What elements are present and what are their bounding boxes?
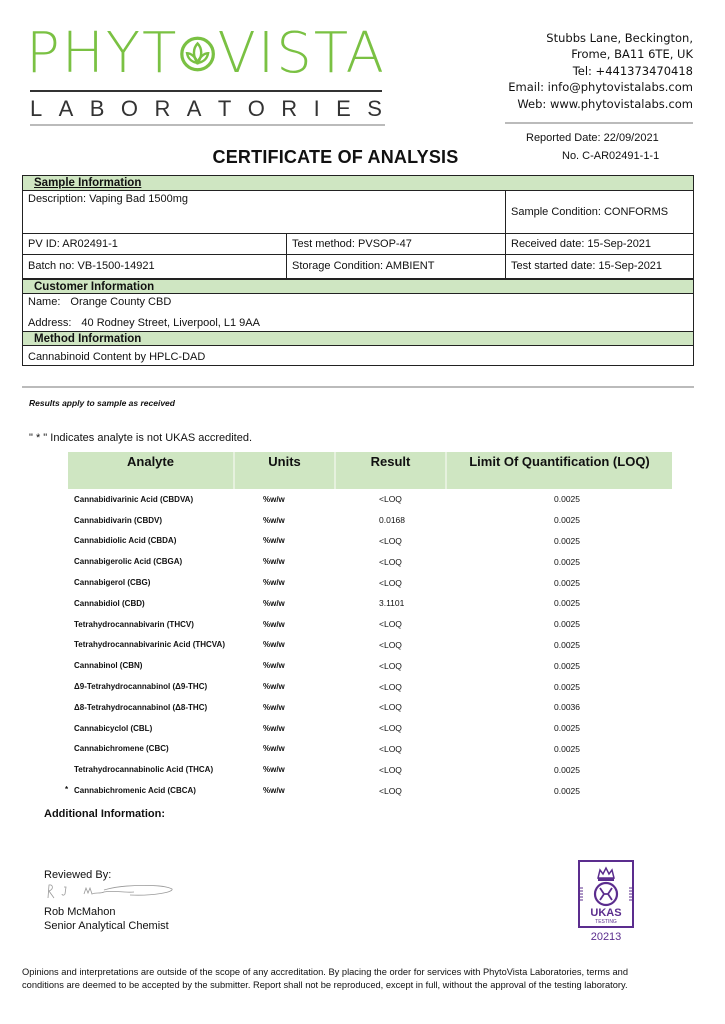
analyte-units: %w/w (234, 780, 335, 801)
analyte-label: Tetrahydrocannabivarinic Acid (THCVA) (74, 640, 225, 649)
logo-subtitle-letter: L (30, 96, 42, 122)
sample-condition: Sample Condition: CONFORMS (506, 191, 693, 233)
customer-address: 40 Rodney Street, Liverpool, L1 9AA (81, 317, 260, 329)
reviewer-name: Rob McMahon (44, 906, 116, 918)
address-line: Email: info@phytovistalabs.com (508, 79, 693, 95)
signature-icon (44, 880, 176, 904)
method-description: Cannabinoid Content by HPLC-DAD (23, 346, 693, 365)
analyte-name: Tetrahydrocannabivarin (THCV) (68, 614, 234, 635)
pv-id: PV ID: AR02491-1 (23, 234, 287, 254)
analyte-result: <LOQ (335, 614, 446, 635)
analyte-name: Cannabigerol (CBG) (68, 572, 234, 593)
analyte-result: 0.0168 (335, 510, 446, 531)
page-title: CERTIFICATE OF ANALYSIS (0, 147, 725, 168)
ukas-crown-icon: UKAS TESTING 20213 (578, 860, 634, 944)
logo-subtitle-letter: I (314, 96, 320, 122)
table-row: Cannabichromene (CBC)%w/w<LOQ0.0025 (68, 739, 672, 760)
header-analyte: Analyte (68, 452, 234, 489)
address-divider (505, 122, 693, 124)
received-date: Received date: 15-Sep-2021 (506, 234, 693, 254)
analyte-loq: 0.0025 (446, 759, 672, 780)
info-box: Sample Information Description: Vaping B… (22, 175, 694, 366)
address-line: Frome, BA11 6TE, UK (508, 46, 693, 62)
method-info-heading: Method Information (23, 331, 693, 346)
analyte-units: %w/w (234, 739, 335, 760)
analyte-name: Cannabigerolic Acid (CBGA) (68, 551, 234, 572)
table-row: Tetrahydrocannabinolic Acid (THCA)%w/w<L… (68, 759, 672, 780)
analyte-label: Cannabichromenic Acid (CBCA) (74, 786, 196, 795)
analyte-units: %w/w (234, 489, 335, 510)
logo-subtitle-letter: A (187, 96, 202, 122)
logo-subtitle: LABORATORIES (30, 96, 382, 122)
logo-text-right: VISTA (217, 24, 386, 84)
reported-date: Reported Date: 22/09/2021 (526, 132, 659, 144)
analyte-units: %w/w (234, 510, 335, 531)
ukas-note: " * " Indicates analyte is not UKAS accr… (29, 432, 252, 444)
additional-info-label: Additional Information: (44, 808, 165, 820)
logo-text-left: PHYT (26, 24, 178, 84)
analyte-loq: 0.0025 (446, 614, 672, 635)
logo-wordmark: PHYT VISTA (26, 22, 386, 86)
sample-info-heading: Sample Information (23, 176, 693, 191)
analyte-label: Cannabidivarin (CBDV) (74, 516, 162, 525)
customer-info-body: Name:Orange County CBD Address:40 Rodney… (23, 294, 693, 331)
sample-batch-row: Batch no: VB-1500-14921 Storage Conditio… (23, 255, 693, 279)
analyte-result: <LOQ (335, 718, 446, 739)
analyte-loq: 0.0025 (446, 676, 672, 697)
table-row: Cannabigerolic Acid (CBGA)%w/w<LOQ0.0025 (68, 551, 672, 572)
analyte-result: <LOQ (335, 780, 446, 801)
analyte-label: Δ9-Tetrahydrocannabinol (Δ9-THC) (74, 682, 207, 691)
address-line: Stubbs Lane, Beckington, (508, 30, 693, 46)
customer-info-heading: Customer Information (23, 279, 693, 294)
table-row: *Cannabichromenic Acid (CBCA)%w/w<LOQ0.0… (68, 780, 672, 801)
analyte-name: Cannabidivarinic Acid (CBDVA) (68, 489, 234, 510)
analyte-result: 3.1101 (335, 593, 446, 614)
address-line: Web: www.phytovistalabs.com (508, 96, 693, 112)
svg-text:TESTING: TESTING (595, 919, 617, 925)
analyte-result: <LOQ (335, 635, 446, 656)
logo-divider (30, 90, 382, 92)
analyte-name: Δ8-Tetrahydrocannabinol (Δ8-THC) (68, 697, 234, 718)
table-row: Cannabinol (CBN)%w/w<LOQ0.0025 (68, 655, 672, 676)
analyte-name: *Cannabichromenic Acid (CBCA) (68, 780, 234, 801)
logo-subtitle-letter: B (90, 96, 105, 122)
analyte-result: <LOQ (335, 676, 446, 697)
leaf-o-icon (179, 31, 216, 77)
analyte-result: <LOQ (335, 759, 446, 780)
analyte-loq: 0.0025 (446, 510, 672, 531)
table-row: Cannabigerol (CBG)%w/w<LOQ0.0025 (68, 572, 672, 593)
table-row: Cannabidiolic Acid (CBDA)%w/w<LOQ0.0025 (68, 531, 672, 552)
analyte-units: %w/w (234, 759, 335, 780)
analyte-result: <LOQ (335, 489, 446, 510)
logo-subtitle-letter: O (248, 96, 265, 122)
analyte-units: %w/w (234, 718, 335, 739)
analyte-label: Tetrahydrocannabinolic Acid (THCA) (74, 765, 213, 774)
analyte-label: Cannabigerolic Acid (CBGA) (74, 557, 182, 566)
table-row: Cannabicyclol (CBL)%w/w<LOQ0.0025 (68, 718, 672, 739)
analyte-units: %w/w (234, 655, 335, 676)
results-header-row: Analyte Units Result Limit Of Quantifica… (68, 452, 672, 489)
analyte-loq: 0.0025 (446, 718, 672, 739)
analyte-result: <LOQ (335, 531, 446, 552)
customer-name-label: Name: (28, 296, 60, 308)
analyte-name: Cannabinol (CBN) (68, 655, 234, 676)
analyte-label: Tetrahydrocannabivarin (THCV) (74, 620, 194, 629)
analyte-loq: 0.0025 (446, 551, 672, 572)
logo-subtitle-letter: O (121, 96, 138, 122)
header-result: Result (335, 452, 446, 489)
analyte-units: %w/w (234, 614, 335, 635)
header-units: Units (234, 452, 335, 489)
analyte-label: Cannabidiolic Acid (CBDA) (74, 536, 176, 545)
analyte-name: Cannabicyclol (CBL) (68, 718, 234, 739)
analyte-units: %w/w (234, 697, 335, 718)
customer-name: Orange County CBD (70, 296, 171, 308)
analyte-loq: 0.0025 (446, 489, 672, 510)
table-row: Cannabidiol (CBD)%w/w3.11010.0025 (68, 593, 672, 614)
analyte-result: <LOQ (335, 697, 446, 718)
batch-no: Batch no: VB-1500-14921 (23, 255, 287, 278)
analyte-loq: 0.0025 (446, 572, 672, 593)
table-row: Cannabidivarin (CBDV)%w/w0.01680.0025 (68, 510, 672, 531)
analyte-loq: 0.0036 (446, 697, 672, 718)
analyte-label: Cannabichromene (CBC) (74, 744, 169, 753)
analyte-label: Cannabinol (CBN) (74, 661, 142, 670)
company-logo: PHYT VISTA LABORATORIES (26, 22, 386, 86)
analyte-loq: 0.0025 (446, 655, 672, 676)
sample-description-row: Description: Vaping Bad 1500mg Sample Co… (23, 191, 693, 234)
analyte-name: Δ9-Tetrahydrocannabinol (Δ9-THC) (68, 676, 234, 697)
table-row: Δ9-Tetrahydrocannabinol (Δ9-THC)%w/w<LOQ… (68, 676, 672, 697)
analyte-name: Tetrahydrocannabinolic Acid (THCA) (68, 759, 234, 780)
analyte-label: Cannabidiol (CBD) (74, 599, 145, 608)
analyte-name: Cannabichromene (CBC) (68, 739, 234, 760)
logo-subtitle-letter: T (218, 96, 231, 122)
svg-text:UKAS: UKAS (590, 907, 621, 919)
analyte-result: <LOQ (335, 739, 446, 760)
analyte-loq: 0.0025 (446, 739, 672, 760)
section-divider (22, 386, 694, 388)
analyte-name: Tetrahydrocannabivarinic Acid (THCVA) (68, 635, 234, 656)
analyte-loq: 0.0025 (446, 780, 672, 801)
table-row: Cannabidivarinic Acid (CBDVA)%w/w<LOQ0.0… (68, 489, 672, 510)
sample-id-row: PV ID: AR02491-1 Test method: PVSOP-47 R… (23, 234, 693, 255)
analyte-loq: 0.0025 (446, 593, 672, 614)
table-row: Tetrahydrocannabivarin (THCV)%w/w<LOQ0.0… (68, 614, 672, 635)
analyte-loq: 0.0025 (446, 635, 672, 656)
not-accredited-marker: * (65, 785, 68, 794)
analyte-name: Cannabidivarin (CBDV) (68, 510, 234, 531)
analyte-units: %w/w (234, 572, 335, 593)
analyte-result: <LOQ (335, 551, 446, 572)
storage-condition: Storage Condition: AMBIENT (287, 255, 506, 278)
analyte-units: %w/w (234, 635, 335, 656)
analyte-result: <LOQ (335, 572, 446, 593)
sample-description: Description: Vaping Bad 1500mg (23, 191, 506, 233)
header-divider (30, 124, 385, 126)
analyte-loq: 0.0025 (446, 531, 672, 552)
customer-address-label: Address: (28, 317, 71, 329)
test-started-date: Test started date: 15-Sep-2021 (506, 255, 693, 278)
svg-text:20213: 20213 (591, 931, 622, 943)
analyte-result: <LOQ (335, 655, 446, 676)
customer-name-line: Name:Orange County CBD (28, 295, 688, 312)
analyte-label: Δ8-Tetrahydrocannabinol (Δ8-THC) (74, 703, 207, 712)
logo-subtitle-letter: A (59, 96, 74, 122)
logo-subtitle-letter: R (154, 96, 170, 122)
analyte-units: %w/w (234, 593, 335, 614)
analyte-label: Cannabicyclol (CBL) (74, 724, 152, 733)
analyte-label: Cannabigerol (CBG) (74, 578, 150, 587)
company-address: Stubbs Lane, Beckington,Frome, BA11 6TE,… (508, 30, 693, 112)
table-row: Tetrahydrocannabivarinic Acid (THCVA)%w/… (68, 635, 672, 656)
disclaimer: Opinions and interpretations are outside… (22, 966, 632, 991)
analyte-label: Cannabidivarinic Acid (CBDVA) (74, 495, 193, 504)
reviewer-title: Senior Analytical Chemist (44, 920, 169, 932)
logo-subtitle-letter: E (336, 96, 351, 122)
analyte-units: %w/w (234, 676, 335, 697)
address-line: Tel: +441373470418 (508, 63, 693, 79)
logo-subtitle-letter: S (367, 96, 382, 122)
results-table: Analyte Units Result Limit Of Quantifica… (68, 452, 672, 801)
title-text: CERTIFICATE OF ANALYSIS (213, 147, 459, 167)
analyte-units: %w/w (234, 531, 335, 552)
test-method: Test method: PVSOP-47 (287, 234, 506, 254)
header-loq: Limit Of Quantification (LOQ) (446, 452, 672, 489)
analyte-name: Cannabidiolic Acid (CBDA) (68, 531, 234, 552)
analyte-name: Cannabidiol (CBD) (68, 593, 234, 614)
analyte-units: %w/w (234, 551, 335, 572)
logo-subtitle-letter: R (281, 96, 297, 122)
table-row: Δ8-Tetrahydrocannabinol (Δ8-THC)%w/w<LOQ… (68, 697, 672, 718)
results-note: Results apply to sample as received (29, 398, 175, 408)
